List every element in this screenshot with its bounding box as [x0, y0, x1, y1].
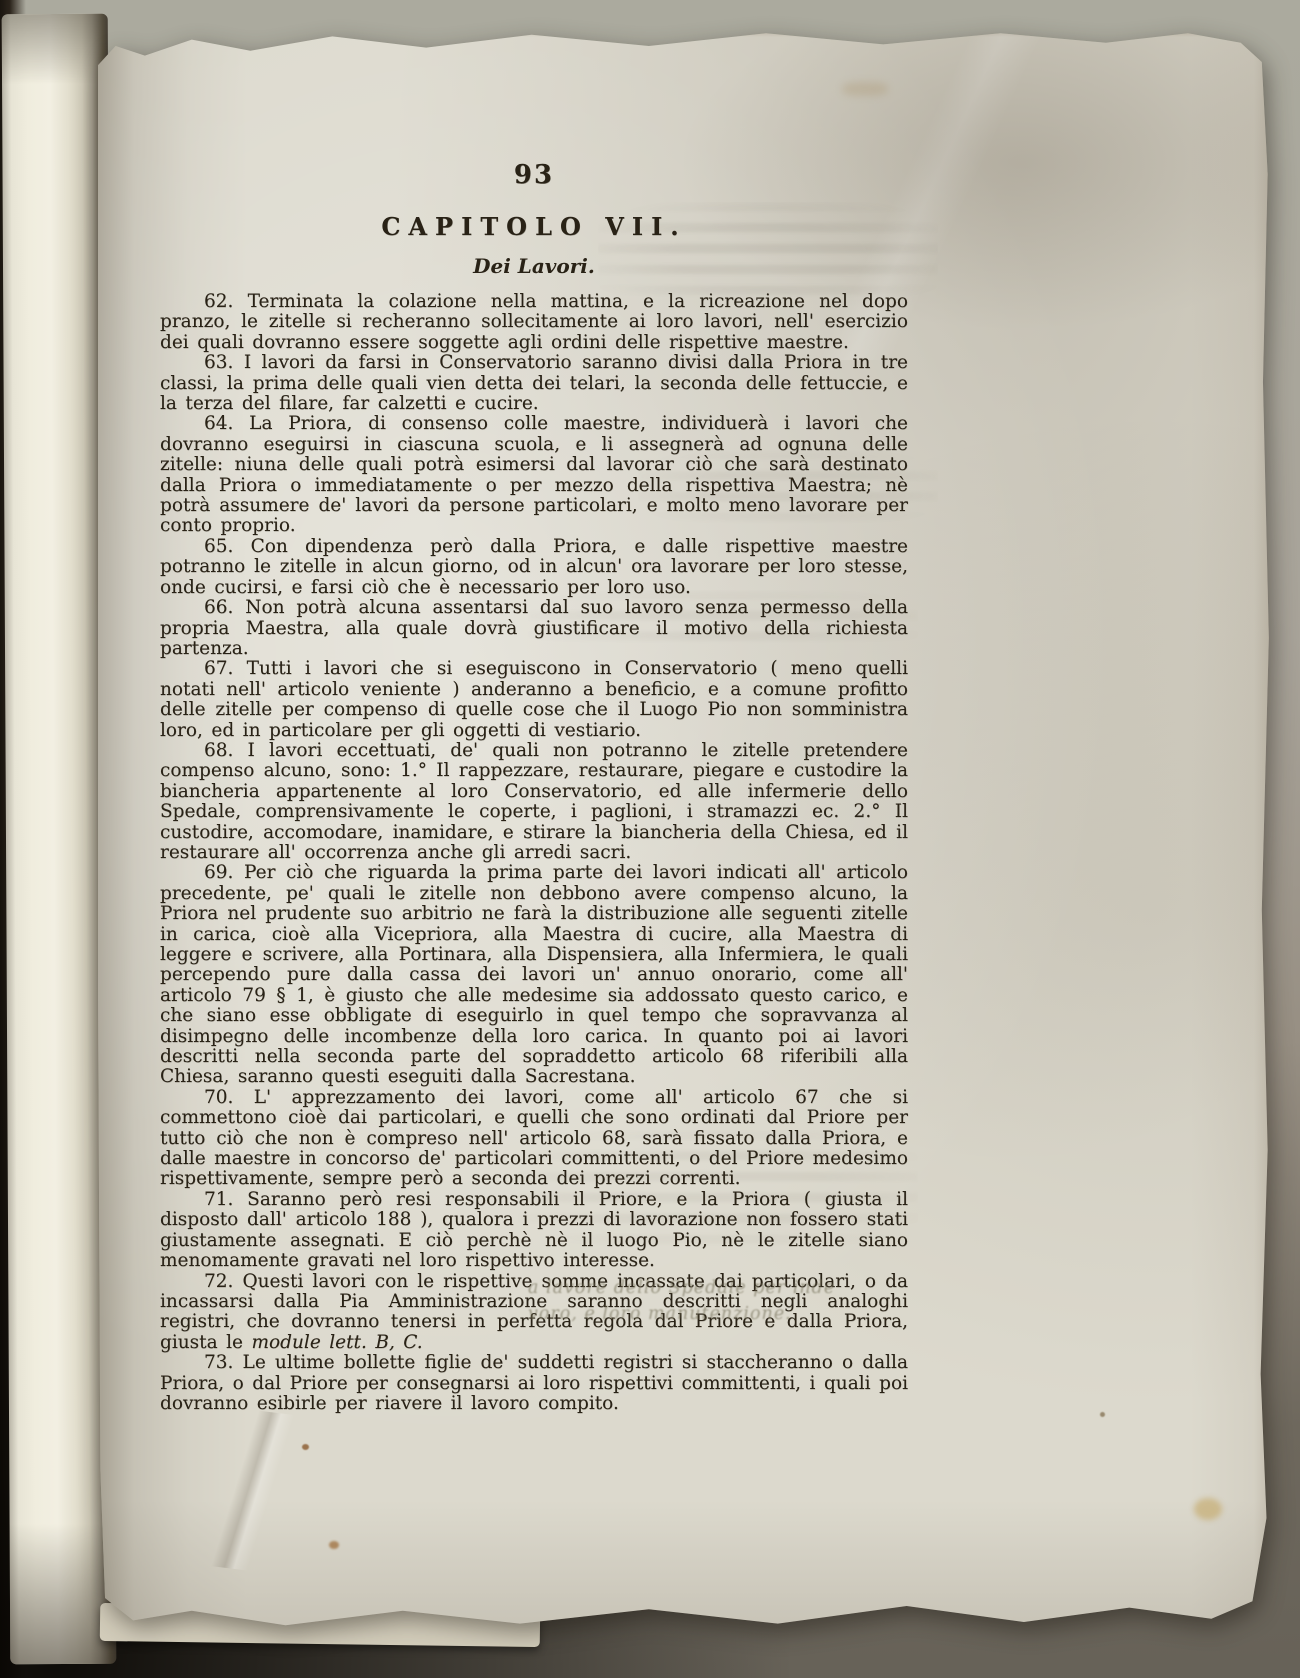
- paragraph-70: 70. L' apprezzamento dei lavori, come al…: [160, 1088, 908, 1190]
- page-number: 93: [160, 160, 908, 190]
- paragraph-63: 63. I lavori da farsi in Conservatorio s…: [160, 353, 908, 414]
- foxing-stain: [842, 82, 888, 96]
- printed-text-block: 93 CAPITOLO VII. Dei Lavori. 62. Termina…: [160, 160, 908, 1414]
- paragraph-69: 69. Per ciò che riguarda la prima parte …: [160, 863, 908, 1087]
- showthrough-line: voro, e loro manutenzione.: [528, 1304, 792, 1324]
- paragraph-67: 67. Tutti i lavori che si eseguiscono in…: [160, 659, 908, 741]
- paragraph-64: 64. La Priora, di consenso colle maestre…: [160, 414, 908, 536]
- paragraph-68: 68. I lavori eccettuati, de' quali non p…: [160, 741, 908, 863]
- paragraph-73: 73. Le ultime bollette figlie de' suddet…: [160, 1353, 908, 1414]
- italic-reference: module lett. B, C.: [251, 1332, 422, 1353]
- paragraph-62: 62. Terminata la colazione nella mattina…: [160, 292, 908, 353]
- paragraph-list: 62. Terminata la colazione nella mattina…: [160, 292, 908, 1414]
- foxing-stain: [1194, 1498, 1222, 1520]
- paragraph-71: 71. Saranno però resi responsabili il Pr…: [160, 1190, 908, 1272]
- foxing-stain: [302, 1444, 309, 1450]
- chapter-subtitle: Dei Lavori.: [160, 254, 908, 278]
- book-page-photo: 93 CAPITOLO VII. Dei Lavori. 62. Termina…: [0, 0, 1300, 1678]
- book-page: 93 CAPITOLO VII. Dei Lavori. 62. Termina…: [98, 30, 1270, 1630]
- showthrough-line: a lavore dello Spedale per inde: [528, 1278, 835, 1298]
- paragraph-65: 65. Con dipendenza però dalla Priora, e …: [160, 537, 908, 598]
- paragraph-66: 66. Non potrà alcuna assentarsi dal suo …: [160, 598, 908, 659]
- foxing-stain: [1100, 1412, 1105, 1417]
- paper-sheet: 93 CAPITOLO VII. Dei Lavori. 62. Termina…: [98, 30, 1270, 1630]
- chapter-title: CAPITOLO VII.: [160, 212, 908, 241]
- paper-crease: [89, 1392, 406, 1587]
- foxing-stain: [329, 1541, 339, 1549]
